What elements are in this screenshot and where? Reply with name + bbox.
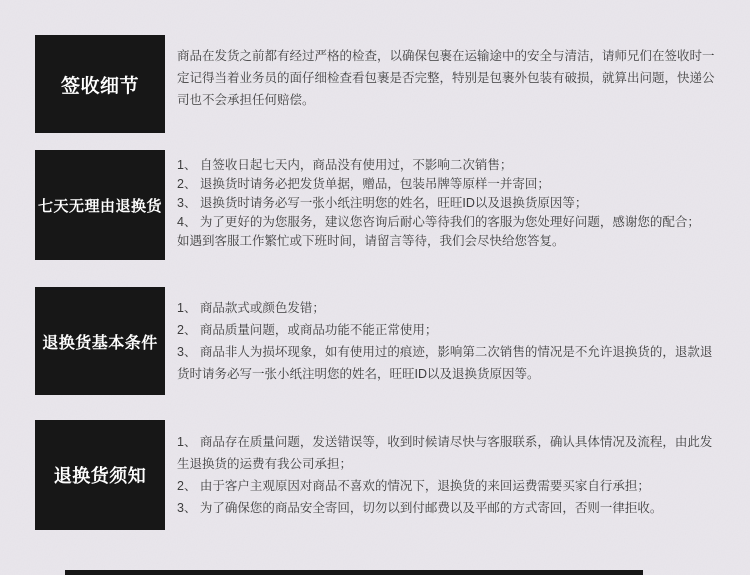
policy-line: 4、 为了更好的为您服务，建议您咨询后耐心等待我们的客服为您处理好问题，感谢您的… bbox=[177, 213, 720, 232]
policy-line: 2、 退换货时请务必把发货单据，赠品，包装吊牌等原样一并寄回； bbox=[177, 175, 720, 194]
section-label: 退换货须知 bbox=[54, 462, 147, 488]
section-label-box: 签收细节 bbox=[35, 35, 165, 133]
section-body: 1、 商品款式或颜色发错；2、 商品质量问题，或商品功能不能正常使用；3、 商品… bbox=[177, 287, 720, 385]
section-label-box: 退换货基本条件 bbox=[35, 287, 165, 395]
policy-line: 2、 由于客户主观原因对商品不喜欢的情况下，退换货的来回运费需要买家自行承担； bbox=[177, 475, 720, 497]
policy-section: 退换货须知 1、 商品存在质量问题，发送错误等，收到时候请尽快与客服联系，确认具… bbox=[35, 420, 720, 530]
policy-line: 3、 退换货时请务必写一张小纸注明您的姓名，旺旺ID以及退换货原因等； bbox=[177, 194, 720, 213]
policy-line: 如遇到客服工作繁忙或下班时间，请留言等待，我们会尽快给您答复。 bbox=[177, 232, 720, 251]
policy-line: 1、 商品款式或颜色发错； bbox=[177, 297, 720, 319]
policy-section: 退换货基本条件 1、 商品款式或颜色发错；2、 商品质量问题，或商品功能不能正常… bbox=[35, 287, 720, 395]
policy-section: 七天无理由退换货 1、 自签收日起七天内，商品没有使用过，不影响二次销售；2、 … bbox=[35, 150, 720, 260]
returns-policy-page: 签收细节 商品在发货之前都有经过严格的检查，以确保包裹在运输途中的安全与清洁，请… bbox=[0, 0, 750, 575]
policy-line: 2、 商品质量问题，或商品功能不能正常使用； bbox=[177, 319, 720, 341]
section-label: 七天无理由退换货 bbox=[38, 195, 162, 216]
section-label-box: 退换货须知 bbox=[35, 420, 165, 530]
section-body: 1、 商品存在质量问题，发送错误等，收到时候请尽快与客服联系，确认具体情况及流程… bbox=[177, 420, 720, 519]
section-body: 商品在发货之前都有经过严格的检查，以确保包裹在运输途中的安全与清洁，请师兄们在签… bbox=[177, 35, 720, 111]
policy-line: 商品在发货之前都有经过严格的检查，以确保包裹在运输途中的安全与清洁，请师兄们在签… bbox=[177, 45, 720, 111]
policy-section: 签收细节 商品在发货之前都有经过严格的检查，以确保包裹在运输途中的安全与清洁，请… bbox=[35, 35, 720, 133]
section-label: 签收细节 bbox=[61, 71, 139, 98]
section-body: 1、 自签收日起七天内，商品没有使用过，不影响二次销售；2、 退换货时请务必把发… bbox=[177, 150, 720, 251]
section-label: 退换货基本条件 bbox=[42, 330, 158, 353]
policy-line: 3、 商品非人为损坏现象，如有使用过的痕迹，影响第二次销售的情况是不允许退换货的… bbox=[177, 341, 720, 385]
policy-line: 3、 为了确保您的商品安全寄回，切勿以到付邮费以及平邮的方式寄回，否则一律拒收。 bbox=[177, 497, 720, 519]
policy-line: 1、 商品存在质量问题，发送错误等，收到时候请尽快与客服联系，确认具体情况及流程… bbox=[177, 431, 720, 475]
next-section-box-partial bbox=[65, 570, 643, 575]
policy-line: 1、 自签收日起七天内，商品没有使用过，不影响二次销售； bbox=[177, 156, 720, 175]
section-label-box: 七天无理由退换货 bbox=[35, 150, 165, 260]
